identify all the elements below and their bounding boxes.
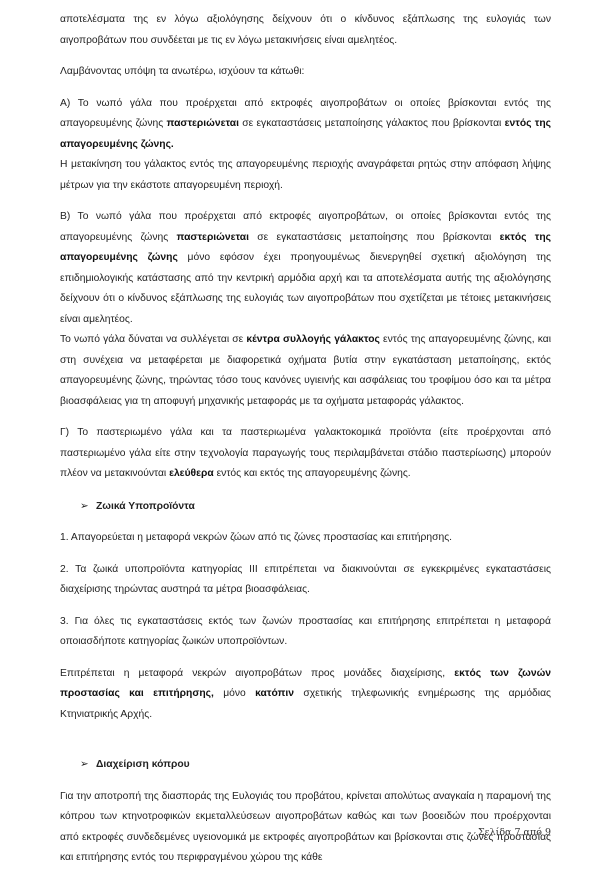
paragraph-a-note: Η μετακίνηση του γάλακτος εντός της απαγ… — [60, 155, 551, 196]
paragraph-intro: Λαμβάνοντας υπόψη τα ανωτέρω, ισχύουν τα… — [60, 62, 551, 83]
paragraph-dead-animals: Επιτρέπεται η μεταφορά νεκρών αιγοπροβάτ… — [60, 664, 551, 726]
section-heading-animal-byproducts: ➢Ζωικά Υποπροϊόντα — [80, 497, 551, 518]
section-heading-manure: ➢Διαχείριση κόπρου — [80, 755, 551, 776]
paragraph-b: Β) Το νωπό γάλα που προέρχεται από εκτρο… — [60, 207, 551, 330]
page-number: Σελίδα 7 από 9 — [478, 827, 551, 838]
list-item-1: 1. Απαγορεύεται η μεταφορά νεκρών ζώων α… — [60, 528, 551, 549]
paragraph-c: Γ) Το παστεριωμένο γάλα και τα παστεριωμ… — [60, 423, 551, 485]
paragraph-a: Α) Το νωπό γάλα που προέρχεται από εκτρο… — [60, 94, 551, 156]
arrow-bullet-icon: ➢ — [80, 755, 96, 776]
paragraph-b-collection: Το νωπό γάλα δύναται να συλλέγεται σε κέ… — [60, 330, 551, 412]
document-page: αποτελέσματα της εν λόγω αξιολόγησης δεί… — [60, 10, 551, 869]
list-item-3: 3. Για όλες τις εγκαταστάσεις εκτός των … — [60, 612, 551, 653]
list-item-2: 2. Τα ζωικά υποπροϊόντα κατηγορίας ΙΙΙ ε… — [60, 560, 551, 601]
arrow-bullet-icon: ➢ — [80, 497, 96, 518]
paragraph-continued: αποτελέσματα της εν λόγω αξιολόγησης δεί… — [60, 10, 551, 51]
